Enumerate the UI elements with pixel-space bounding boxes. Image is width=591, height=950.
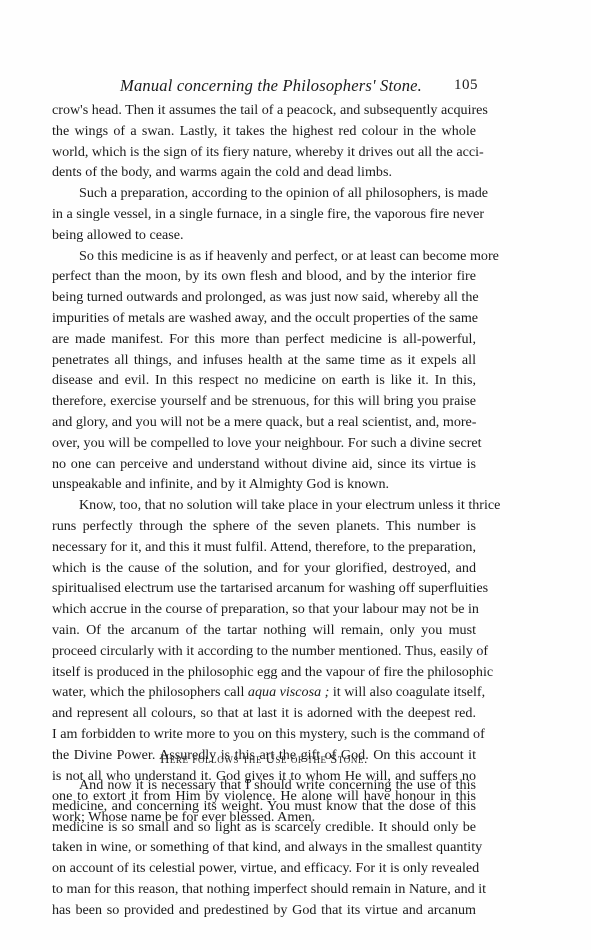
paragraph-start: So this medicine is as if heavenly and p… bbox=[52, 246, 476, 267]
text-line: and glory, and you will not be a mere qu… bbox=[52, 412, 476, 433]
text-line: medicine is so small and so light as is … bbox=[52, 817, 476, 838]
text-segment: it will also coagulate itself, bbox=[329, 684, 485, 700]
text-line: therefore, exercise yourself and be stre… bbox=[52, 391, 476, 412]
text-line: necessary for it, and this it must fulfi… bbox=[52, 537, 476, 558]
italic-term: aqua viscosa ; bbox=[248, 684, 329, 700]
text-line: perfect than the moon, by its own flesh … bbox=[52, 266, 476, 287]
text-line: taken in wine, or something of that kind… bbox=[52, 837, 476, 858]
text-line: runs perfectly through the sphere of the… bbox=[52, 516, 476, 537]
text-line: has been so provided and predestined by … bbox=[52, 900, 476, 921]
text-line: being turned outwards and prolonged, as … bbox=[52, 287, 476, 308]
body-text: crow's head. Then it assumes the tail of… bbox=[52, 100, 476, 828]
text-line: to man for this reason, that nothing imp… bbox=[52, 879, 476, 900]
text-line: spiritualised electrum use the tartarise… bbox=[52, 578, 476, 599]
text-line: over, you will be compelled to love your… bbox=[52, 433, 476, 454]
text-line: being allowed to cease. bbox=[52, 225, 476, 246]
text-line: dents of the body, and warms again the c… bbox=[52, 162, 476, 183]
running-title: Manual concerning the Philosophers' Ston… bbox=[120, 76, 422, 96]
text-line: world, which is the sign of its fiery na… bbox=[52, 142, 476, 163]
text-line: I am forbidden to write more to you on t… bbox=[52, 724, 476, 745]
paragraph-start: Such a preparation, according to the opi… bbox=[52, 183, 476, 204]
text-line-with-italic: water, which the philosophers call aqua … bbox=[52, 682, 476, 703]
text-line: penetrates all things, and infuses healt… bbox=[52, 350, 476, 371]
text-line: in a single vessel, in a single furnace,… bbox=[52, 204, 476, 225]
running-head: Manual concerning the Philosophers' Ston… bbox=[52, 76, 478, 100]
text-line: the wings of a swan. Lastly, it takes th… bbox=[52, 121, 476, 142]
book-page: Manual concerning the Philosophers' Ston… bbox=[0, 0, 591, 950]
body-text-section-2: And now it is necessary that I should wr… bbox=[52, 775, 476, 921]
paragraph-start: Know, too, that no solution will take pl… bbox=[52, 495, 476, 516]
text-line: which accrue in the course of preparatio… bbox=[52, 599, 476, 620]
text-segment: water, which the philosophers call bbox=[52, 684, 248, 700]
text-line: itself is produced in the philosophic eg… bbox=[52, 662, 476, 683]
text-line: are made manifest. For this more than pe… bbox=[52, 329, 476, 350]
text-line: impurities of metals are washed away, an… bbox=[52, 308, 476, 329]
text-line: no one can perceive and understand witho… bbox=[52, 454, 476, 475]
text-line: proceed circularly with it according to … bbox=[52, 641, 476, 662]
paragraph-start: And now it is necessary that I should wr… bbox=[52, 775, 476, 796]
text-line: medicine, and concerning its weight. You… bbox=[52, 796, 476, 817]
text-line: which is the cause of the solution, and … bbox=[52, 558, 476, 579]
text-line: unspeakable and infinite, and by it Almi… bbox=[52, 474, 476, 495]
text-line: vain. Of the arcanum of the tartar nothi… bbox=[52, 620, 476, 641]
text-line: on account of its celestial power, virtu… bbox=[52, 858, 476, 879]
text-line: and represent all colours, so that at la… bbox=[52, 703, 476, 724]
text-line: disease and evil. In this respect no med… bbox=[52, 370, 476, 391]
page-number: 105 bbox=[454, 77, 478, 94]
text-line: crow's head. Then it assumes the tail of… bbox=[52, 100, 476, 121]
section-heading: Here follows the Use of the Stone. bbox=[52, 752, 476, 767]
